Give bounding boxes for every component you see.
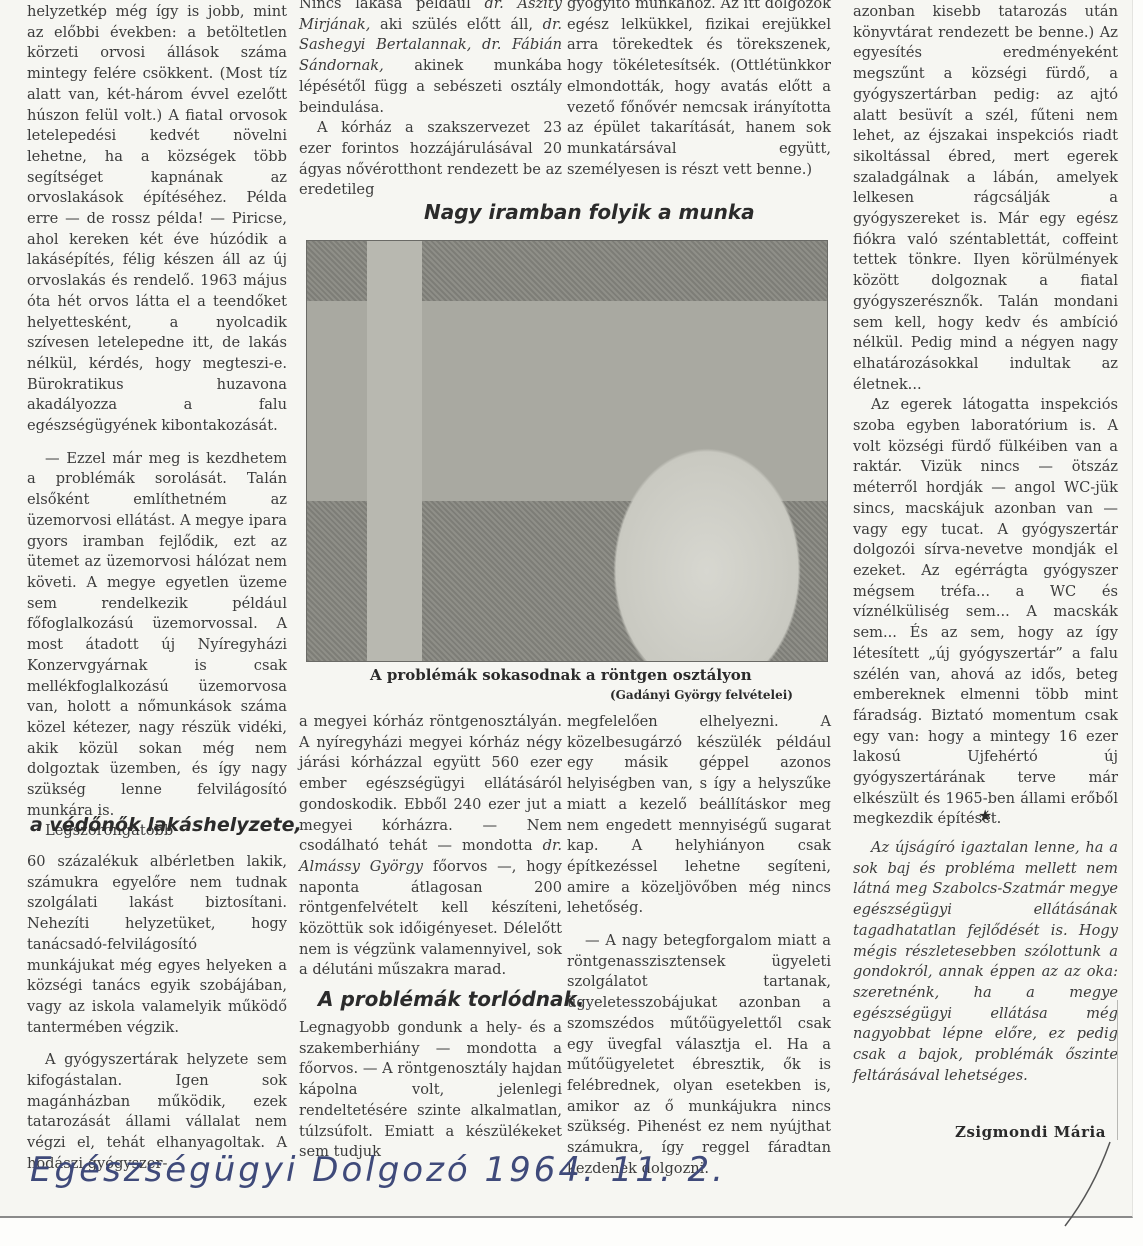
column-1-bottom: 60 százalékuk albérletben lakik, számukr…	[27, 852, 287, 1175]
subheading-torlodnak: A problémák torlódnak.	[318, 987, 584, 1011]
column-3-top: gyógyító munkához. Az itt dolgozók egész…	[567, 0, 831, 180]
paragraph: — Ezzel már meg is kezdhetem a problémák…	[27, 449, 287, 822]
photo-caption: A problémák sokasodnak a röntgen osztály…	[370, 666, 752, 684]
paragraph: azonban kisebb tatarozás után könyvtárat…	[853, 2, 1118, 395]
column-3-bottom: megfelelően elhelyezni. A közelbesugárzó…	[567, 712, 831, 1179]
paragraph: Az egerek látogatta inspekciós szoba egy…	[853, 395, 1118, 830]
paragraph: megfelelően elhelyezni. A közelbesugárzó…	[567, 712, 831, 919]
text: a megyei kórház röntgenosztályán. A nyír…	[299, 713, 562, 854]
paragraph: 60 százalékuk albérletben lakik, számukr…	[27, 852, 287, 1038]
author-signature: Zsigmondi Mária	[955, 1123, 1106, 1141]
handwritten-source-note: Egészségügyi Dolgozó 1964. 11. 2.	[30, 1150, 726, 1190]
column-1: helyzetkép még így is jobb, mint az előb…	[27, 2, 287, 842]
column-2-top: Nincs lakása például dr. Ászity Mirjának…	[299, 0, 562, 201]
column-4: azonban kisebb tatarozás után könyvtárat…	[853, 2, 1118, 830]
text: Nincs lakása például	[299, 0, 484, 12]
column-2-bottom: a megyei kórház röntgenosztályán. A nyír…	[299, 712, 562, 981]
xray-room-photo	[306, 240, 828, 662]
pen-stroke-mark	[1055, 1140, 1115, 1230]
headline-nagy-iramban: Nagy iramban folyik a munka	[424, 200, 755, 224]
column-2-bottom-2: Legnagyobb gondunk a hely- és a szakembe…	[299, 1018, 562, 1163]
star-separator-icon: ★	[978, 806, 992, 825]
paragraph: helyzetkép még így is jobb, mint az előb…	[27, 2, 287, 437]
paragraph: A kórház a szakszervezet 23 ezer forinto…	[299, 118, 562, 201]
paragraph: — A nagy betegforgalom miatt a röntgenas…	[567, 931, 831, 1179]
photo-credit: (Gadányi György felvételei)	[610, 688, 793, 702]
subheading-vedonok: a védőnők lakáshelyzete,	[30, 814, 302, 836]
text: főorvos —, hogy naponta átlagosan 200 rö…	[299, 858, 562, 979]
paragraph: Legnagyobb gondunk a hely- és a szakembe…	[299, 1018, 562, 1163]
closing-paragraph: Az újságíró igaztalan lenne, ha a sok ba…	[853, 838, 1118, 1086]
text: aki szülés előtt áll,	[370, 16, 542, 33]
column-divider	[1117, 1000, 1118, 1140]
paragraph: gyógyító munkához. Az itt dolgozók egész…	[567, 0, 831, 180]
